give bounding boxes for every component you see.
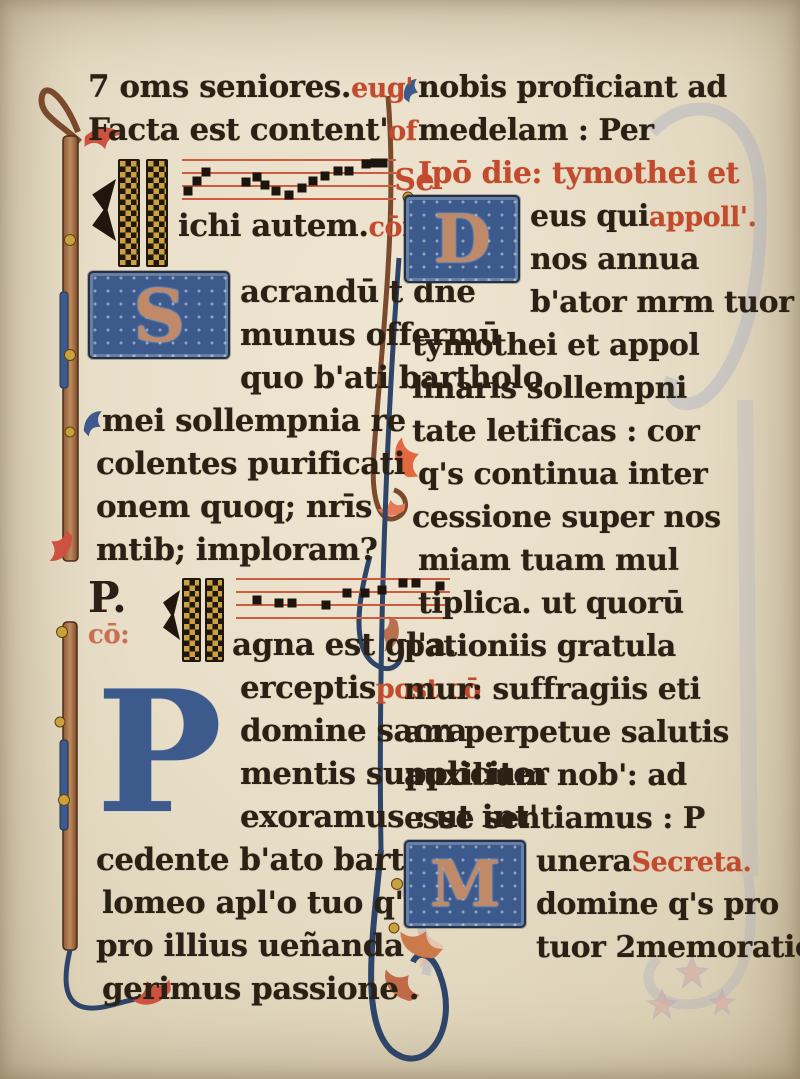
line-text: am perpetue salutis [404,711,704,754]
illuminated-initial-d: D [404,195,520,283]
rubric-heading-ipso-die: Ipō die: tymothei et [418,152,704,195]
line-text: mei sollempnia re [102,400,396,443]
line-text: linaris sollempni [412,367,704,410]
line-text: pro illius ueñanda [96,925,396,968]
neume-note [192,177,201,186]
line-text: nobis proficiant ad [418,66,704,109]
rubric-apollinaris: appoll'. [649,196,756,239]
neume-note [360,588,369,597]
prayer-offertory-sacrandum: S acrandū t dñe munus offermū quo b'ati … [88,271,396,572]
initial-letter: P [96,675,222,830]
versicle-left: P. cō: [88,576,160,650]
neume-note [321,171,330,180]
neume-note [344,167,353,176]
line-text: pationiis gratula [404,625,704,668]
cadel-flange [88,179,116,241]
cadel-bar [146,159,168,267]
versicle-p: P. [88,576,152,620]
prayer-postcommunion-perceptis: P erceptis post cō domine sacra mentis s… [88,667,396,1011]
text-line: 7 oms seniores. eug' [88,66,396,109]
line-text: q's continua inter [418,453,704,496]
neume-note [285,191,294,200]
cadel-flange [160,590,180,640]
illuminated-initial-p: P [88,667,230,837]
line-text: auxilium nob': ad [404,754,704,797]
neume-note [308,177,317,186]
line-text: esse sentiamus : P [404,797,704,840]
neume-note [379,159,388,168]
music-area: Se ichi autem. cōm [178,157,430,248]
manuscript-page: 7 oms seniores. eug' Facta est content' … [0,0,800,1079]
line-text: 7 oms seniores. [88,66,351,109]
line-text: tate letificas : cor [412,410,704,453]
prayer-secret-munera: M unera Secreta. domine q's pro tuor 2me… [404,840,704,969]
neume-note [322,601,331,610]
line-text: cessione super nos [412,496,704,539]
cadel-initial-m [88,157,172,269]
text-line: ichi autem. cōm [178,205,430,248]
line-text: medelam : Per [418,109,704,152]
line-text: b'ator mrm tuor [404,281,704,324]
cadel-bar [205,578,224,662]
right-text-column: nobis proficiant ad medelam : Per Ipō di… [404,66,704,969]
line-text: Facta est content' [88,109,388,152]
line-text: tiplica. ut quorū [418,582,704,625]
neume-note [242,177,251,186]
line-text: onem quoq; nrīs [96,486,396,529]
line-text: colentes purificati [96,443,396,486]
neume-note [184,186,193,195]
line-text: lomeo apl'o tuo q' [102,882,396,925]
left-text-column: 7 oms seniores. eug' Facta est content' … [88,66,396,1011]
line-text: eus qui [530,195,649,238]
line-text: gerimus passione . [102,968,396,1011]
prayer-collect-deus-qui: D eus qui appoll'. nos annua b'ator mrm … [404,195,704,840]
text-line: eus qui appoll'. [530,195,704,238]
cadel-initial-m [160,576,226,662]
text-line: erceptis post cō [240,667,396,710]
line-text: ichi autem. [178,205,369,248]
neume-note [261,180,270,189]
cadel-bar [118,159,140,267]
music-staff [182,159,396,203]
neume-note [253,596,262,605]
line-text: quo b'ati bartholo [96,357,396,400]
illuminated-initial-s: S [88,271,230,359]
line-text: unera [536,840,631,883]
cadel-bar [182,578,201,662]
line-text: miam tuam mul [418,539,704,582]
line-text: tuor 2memoratiōe [412,926,704,969]
rubric-secreta: Secreta. [631,841,751,884]
neume-note [297,184,306,193]
neume-note [287,598,296,607]
line-text: mur: suffragiis eti [404,668,704,711]
introit-michi-autem: Se ichi autem. cōm [88,157,396,269]
line-text: tymothei et appol [412,324,704,367]
neume-note [343,588,352,597]
line-text: mtib; imploram? [96,529,396,572]
neume-note [377,586,386,595]
rubric-co: cō: [88,620,160,650]
neume-note [201,168,210,177]
text-line: Facta est content' of [88,109,396,152]
illuminated-initial-m: M [404,840,526,928]
neume-note [334,167,343,176]
neume-note [272,186,281,195]
neume-note [274,598,283,607]
text-line: unera Secreta. [536,840,704,883]
line-text: erceptis [240,667,376,710]
